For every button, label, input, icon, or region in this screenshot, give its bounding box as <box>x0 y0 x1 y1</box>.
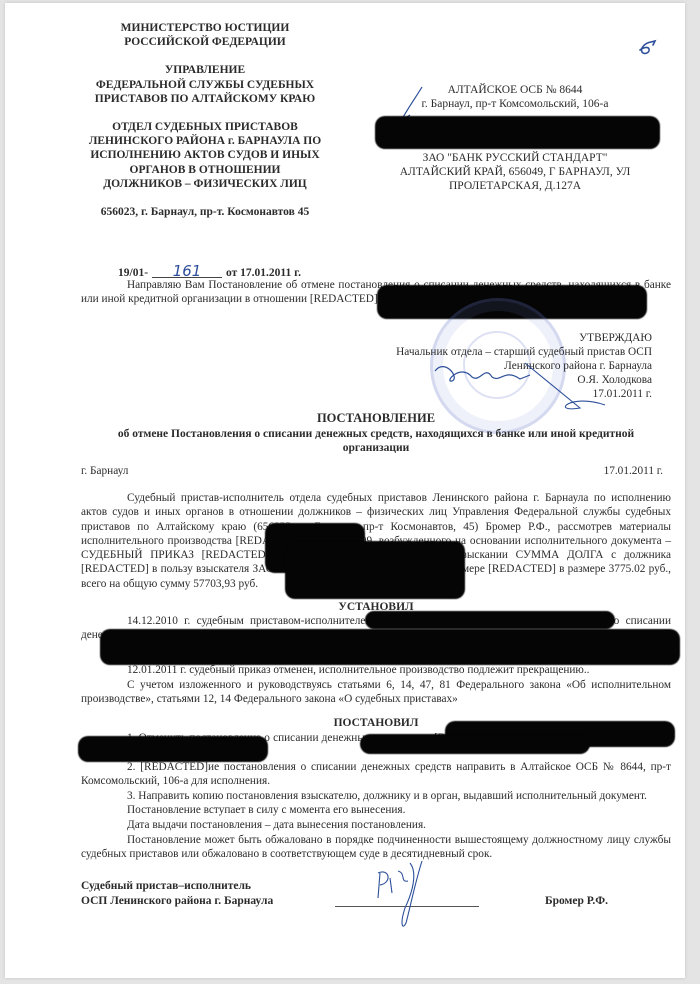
established-paragraph-2: 12.01.2011 г. судебный приказ отменен, и… <box>81 663 671 677</box>
redaction-bar <box>100 629 680 665</box>
note-effective: Постановление вступает в силу с момента … <box>81 803 671 817</box>
place: г. Барнаул <box>81 465 128 477</box>
outgoing-number: 19/01-161от 17.01.2011 г. <box>118 265 301 279</box>
issuer-header: МИНИСТЕРСТВО ЮСТИЦИИ РОССИЙСКОЙ ФЕДЕРАЦИ… <box>75 21 335 219</box>
established-paragraph-3: С учетом изложенного и руководствуясь ст… <box>81 678 671 707</box>
note-issue-date: Дата выдачи постановления – дата вынесен… <box>81 818 671 832</box>
resolved-item-3: 3. Направить копию постановления взыскат… <box>81 789 671 803</box>
handwritten-number: 161 <box>152 265 222 278</box>
recipient-bank: ЗАО "БАНК РУССКИЙ СТАНДАРТ" АЛТАЙСКИЙ КР… <box>390 151 640 193</box>
resolution-date: 17.01.2011 г. <box>604 465 663 477</box>
page-number-handwritten <box>637 39 659 57</box>
issuer-address: 656023, г. Барнаул, пр-т. Космонавтов 45 <box>75 205 335 219</box>
bailiff-signature <box>370 853 430 933</box>
resolved-item-2: 2. [REDACTED]ие постановления о списании… <box>81 760 671 789</box>
approver-signature <box>430 353 630 413</box>
resolution-subtitle: об отмене Постановления о списании денеж… <box>81 427 671 455</box>
redaction-bar <box>365 611 615 629</box>
redaction-bar <box>78 736 268 762</box>
signatory-name: Бромер Р.Ф. <box>545 895 608 907</box>
resolution-title: ПОСТАНОВЛЕНИЕ <box>81 411 671 425</box>
ministry-name: МИНИСТЕРСТВО ЮСТИЦИИ РОССИЙСКОЙ ФЕДЕРАЦИ… <box>75 21 335 49</box>
approval-label: УТВЕРЖДАЮ <box>396 331 652 345</box>
signatory-title: Судебный пристав–исполнитель ОСП Ленинск… <box>81 879 273 908</box>
redaction-bar <box>285 541 465 599</box>
document-page: МИНИСТЕРСТВО ЮСТИЦИИ РОССИЙСКОЙ ФЕДЕРАЦИ… <box>5 3 685 978</box>
division-name: ОТДЕЛ СУДЕБНЫХ ПРИСТАВОВ ЛЕНИНСКОГО РАЙО… <box>75 120 335 191</box>
department-name: УПРАВЛЕНИЕ ФЕДЕРАЛЬНОЙ СЛУЖБЫ СУДЕБНЫХ П… <box>75 63 335 106</box>
redaction-bar <box>360 734 590 754</box>
redaction-bar <box>375 116 660 149</box>
